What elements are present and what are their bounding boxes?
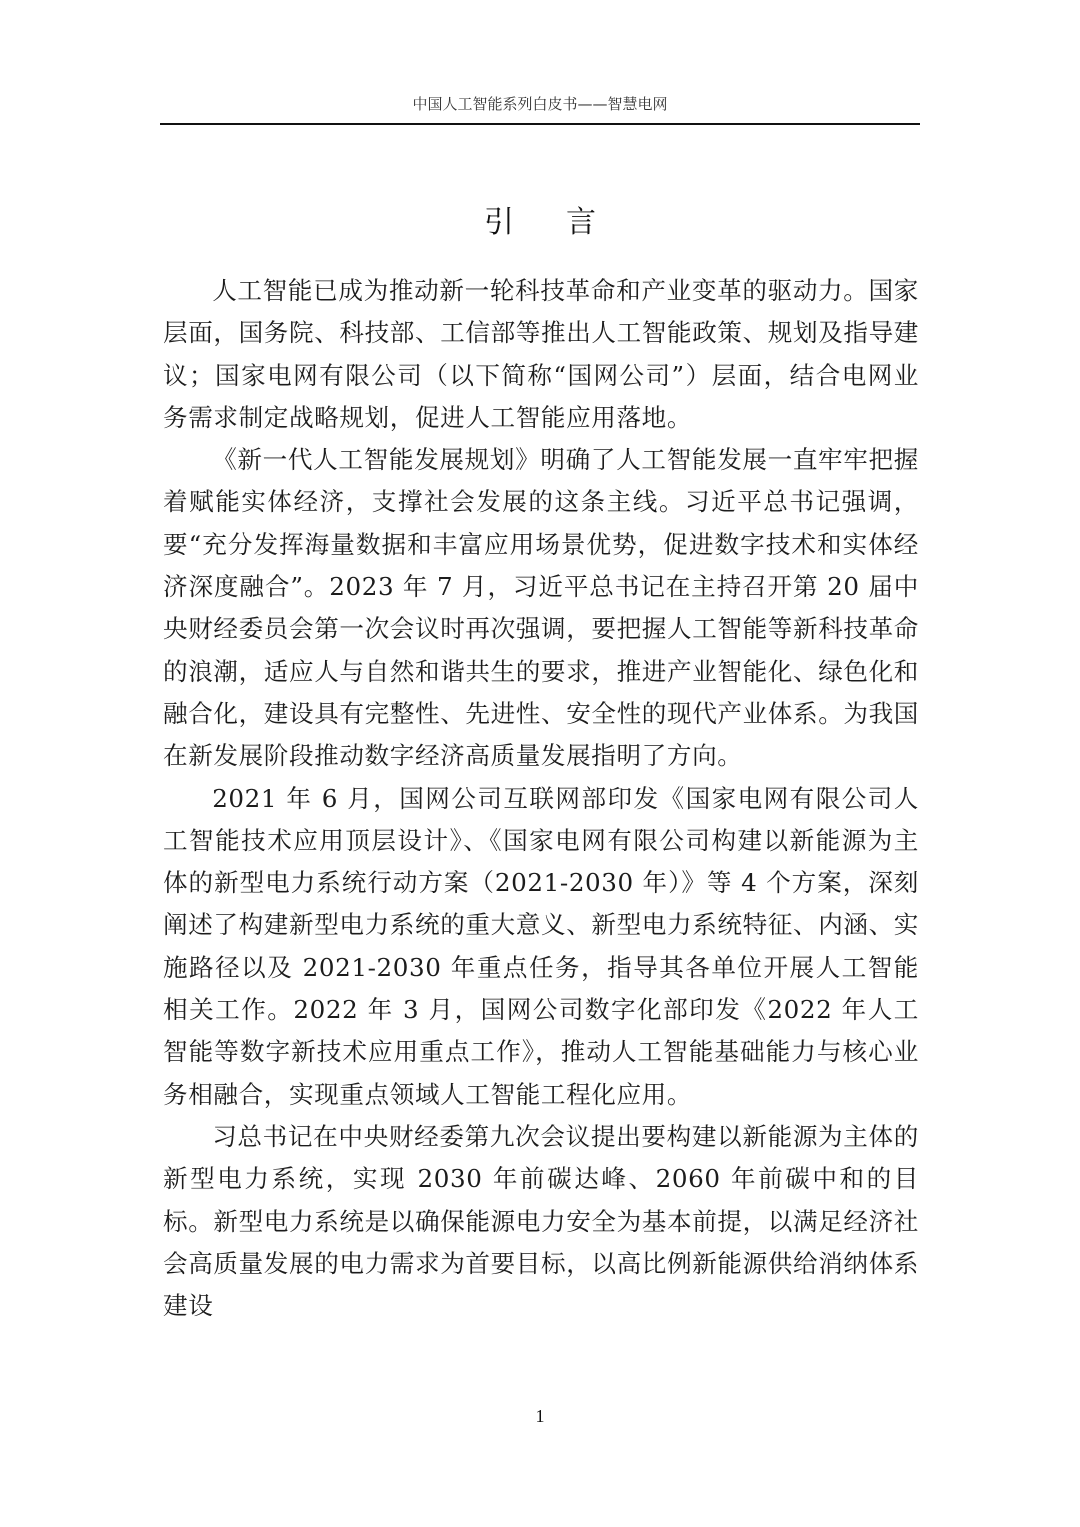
page-number: 1 — [160, 1406, 920, 1427]
header-rule — [160, 123, 920, 125]
body-text: 人工智能已成为推动新一轮科技革命和产业变革的驱动力。国家层面，国务院、科技部、工… — [163, 270, 919, 1327]
paragraph: 习总书记在中央财经委第九次会议提出要构建以新能源为主体的新型电力系统，实现 20… — [163, 1116, 919, 1327]
paragraph: 人工智能已成为推动新一轮科技革命和产业变革的驱动力。国家层面，国务院、科技部、工… — [163, 270, 919, 439]
paragraph: 《新一代人工智能发展规划》明确了人工智能发展一直牢牢把握着赋能实体经济，支撑社会… — [163, 439, 919, 777]
paragraph: 2021 年 6 月，国网公司互联网部印发《国家电网有限公司人工智能技术应用顶层… — [163, 778, 919, 1116]
page-title: 引言 — [160, 197, 920, 241]
running-header: 中国人工智能系列白皮书——智慧电网 — [160, 93, 920, 114]
